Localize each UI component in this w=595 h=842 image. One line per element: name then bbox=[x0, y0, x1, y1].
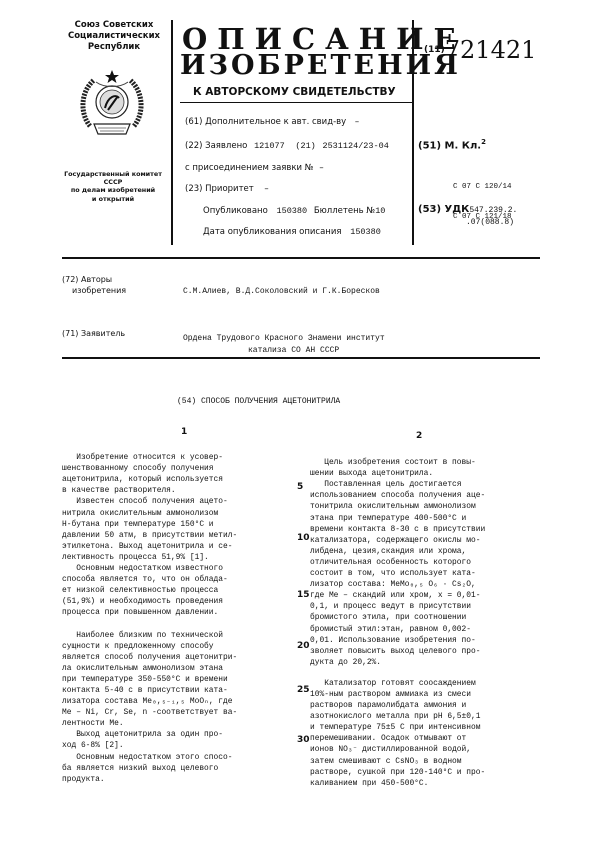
authors-label-1: (72) Авторы bbox=[62, 274, 126, 285]
union-line-1: Союз Советских bbox=[62, 20, 166, 31]
bulletin-label: Бюллетень № bbox=[314, 206, 375, 216]
authors-label-2: изобретения bbox=[62, 285, 126, 296]
field-61-value: – bbox=[355, 117, 359, 127]
field-53-label: (53) УДК bbox=[418, 204, 469, 215]
subtitle-underline bbox=[180, 102, 412, 103]
doc-title-line-2: ИЗОБРЕТЕНИЯ bbox=[180, 50, 461, 81]
line-number: 30 bbox=[297, 735, 310, 745]
paragraph: Изобретение относится к усовер- шенствов… bbox=[62, 452, 237, 496]
class-code: C 07 C 120/14 bbox=[453, 182, 512, 192]
field-join-value: – bbox=[319, 163, 323, 173]
ussr-emblem-icon bbox=[78, 68, 146, 138]
committee-line-4: и открытий bbox=[52, 195, 174, 203]
field-published: Опубликовано 150380 Бюллетень №10 bbox=[203, 206, 385, 216]
column-number-1: 1 bbox=[181, 427, 187, 437]
union-name: Союз Советских Социалистических Республи… bbox=[62, 20, 166, 53]
column-2: Цель изобретения состоит в повы- шении в… bbox=[310, 446, 485, 800]
invention-title: (54) СПОСОБ ПОЛУЧЕНИЯ АЦЕТОНИТРИЛА bbox=[177, 397, 340, 406]
line-number: 25 bbox=[297, 685, 310, 695]
paragraph: Катализатор готовят соосаждением 10%-ным… bbox=[310, 678, 485, 789]
doc-subtitle: К АВТОРСКОМУ СВИДЕТЕЛЬСТВУ bbox=[193, 86, 396, 98]
patent-code-label: (11) bbox=[424, 45, 445, 55]
field-21-label: (21) bbox=[295, 141, 315, 151]
bulletin-value: 10 bbox=[375, 206, 385, 216]
authors-value: С.М.Алиев, В.Д.Соколовский и Г.К.Бореско… bbox=[183, 287, 380, 296]
field-23-label: (23) Приоритет bbox=[185, 184, 254, 194]
column-number-2: 2 bbox=[416, 431, 422, 441]
field-22-label: (22) Заявлено bbox=[185, 141, 247, 151]
published-date: 150380 bbox=[277, 206, 308, 216]
field-61-label: (61) Дополнительное к авт. свид-ву bbox=[185, 117, 346, 127]
authors-label: (72) Авторы изобретения bbox=[62, 274, 126, 296]
paragraph: Поставленная цель достигается использова… bbox=[310, 479, 485, 668]
field-join-label: с присоединением заявки № bbox=[185, 163, 314, 173]
divider-left bbox=[171, 20, 173, 245]
paragraph: Известен способ получения ацето- нитрила… bbox=[62, 496, 237, 563]
published-label: Опубликовано bbox=[203, 206, 268, 216]
paragraph: Основным недостатком этого спосо- ба явл… bbox=[62, 752, 237, 785]
field-53: (53) УДК547.239.2. bbox=[418, 204, 517, 215]
line-number: 10 bbox=[297, 533, 310, 543]
paragraph: Выход ацетонитрила за один про- ход 6-8%… bbox=[62, 729, 237, 751]
field-51: (51) М. Кл.2 bbox=[418, 138, 486, 151]
paragraph: Основным недостатком известного способа … bbox=[62, 563, 237, 618]
field-51-sup: 2 bbox=[481, 138, 486, 146]
field-53-value-1: 547.239.2. bbox=[469, 206, 517, 215]
committee-line-1: Государственный комитет bbox=[52, 170, 174, 178]
line-number: 5 bbox=[297, 482, 303, 492]
union-line-2: Социалистических bbox=[62, 31, 166, 42]
applicant-label: (71) Заявитель bbox=[62, 328, 125, 339]
field-22: (22) Заявлено 121077 (21) 2531124/23-04 bbox=[185, 141, 389, 151]
field-22-value: 121077 bbox=[254, 141, 285, 151]
desc-date-label: Дата опубликования описания bbox=[203, 227, 342, 237]
field-61: (61) Дополнительное к авт. свид-ву – bbox=[185, 117, 359, 127]
desc-date-value: 150380 bbox=[350, 227, 381, 237]
line-number: 20 bbox=[297, 641, 310, 651]
committee-name: Государственный комитет СССР по делам из… bbox=[52, 170, 174, 203]
paragraph: Наиболее близким по технической сущности… bbox=[62, 630, 237, 730]
patent-number-value: 721421 bbox=[445, 36, 537, 64]
field-23-value: – bbox=[264, 184, 268, 194]
field-53-value-2: .07(088.8) bbox=[466, 218, 514, 227]
committee-line-3: по делам изобретений bbox=[52, 186, 174, 194]
patent-number: (11)721421 bbox=[424, 36, 536, 64]
field-21-value: 2531124/23-04 bbox=[322, 141, 388, 151]
field-join: с присоединением заявки № – bbox=[185, 163, 324, 173]
union-line-3: Республик bbox=[62, 42, 166, 53]
applicant-value-2: катализа СО АН СССР bbox=[248, 346, 339, 355]
paragraph: Цель изобретения состоит в повы- шении в… bbox=[310, 457, 485, 479]
rule-top bbox=[62, 257, 540, 259]
field-23: (23) Приоритет – bbox=[185, 184, 269, 194]
field-desc-date: Дата опубликования описания 150380 bbox=[203, 227, 381, 237]
column-1: Изобретение относится к усовер- шенствов… bbox=[62, 441, 237, 796]
applicant-value-1: Ордена Трудового Красного Знамени инстит… bbox=[183, 334, 385, 343]
line-number: 15 bbox=[297, 590, 310, 600]
rule-bottom bbox=[62, 357, 540, 359]
field-51-label: (51) М. Кл. bbox=[418, 140, 481, 151]
committee-line-2: СССР bbox=[52, 178, 174, 186]
